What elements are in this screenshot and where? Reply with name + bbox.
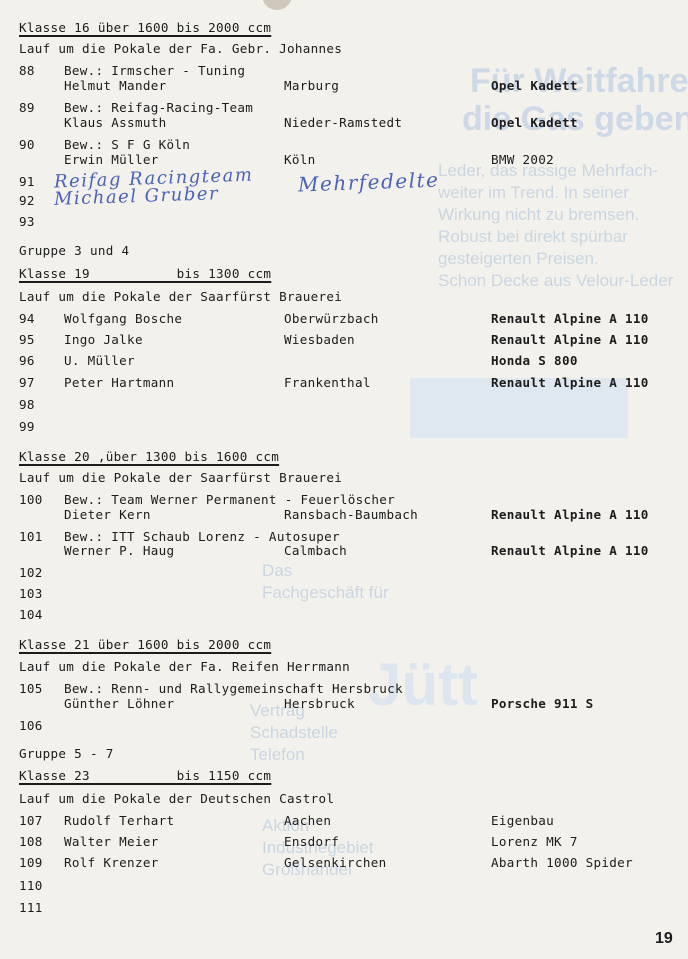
car: Renault Alpine A 110: [491, 311, 649, 326]
start-number: 93: [19, 214, 35, 229]
start-number: 90: [19, 137, 35, 152]
city: Marburg: [284, 78, 339, 93]
punch-hole: [262, 0, 292, 10]
driver: Peter Hartmann: [64, 375, 174, 390]
car: Honda S 800: [491, 353, 578, 368]
start-number: 101: [19, 529, 43, 544]
start-number: 105: [19, 681, 43, 696]
start-number: 104: [19, 607, 43, 622]
bleed-through-text: Leder, das rassige Mehrfach-weiter im Tr…: [438, 160, 673, 292]
cup-sponsor: Lauf um die Pokale der Deutschen Castrol: [19, 791, 334, 806]
class-heading: Klasse 21 über 1600 bis 2000 ccm: [19, 637, 271, 652]
driver: Dieter Kern: [64, 507, 151, 522]
city: Oberwürzbach: [284, 311, 379, 326]
group-heading: Gruppe 3 und 4: [19, 243, 129, 258]
driver: Rudolf Terhart: [64, 813, 174, 828]
start-number: 109: [19, 855, 43, 870]
driver: Werner P. Haug: [64, 543, 174, 558]
driver: Günther Löhner: [64, 696, 174, 711]
city: Köln: [284, 152, 316, 167]
start-number: 99: [19, 419, 35, 434]
city: Wiesbaden: [284, 332, 355, 347]
driver: Walter Meier: [64, 834, 159, 849]
start-number: 110: [19, 878, 43, 893]
driver: U. Müller: [64, 353, 135, 368]
handwritten-city: Mehrfedelte: [298, 168, 440, 197]
start-number: 100: [19, 492, 43, 507]
driver: Helmut Mander: [64, 78, 166, 93]
start-number: 108: [19, 834, 43, 849]
car: Lorenz MK 7: [491, 834, 578, 849]
start-number: 103: [19, 586, 43, 601]
entrant: Bew.: Reifag-Racing-Team: [64, 100, 253, 115]
car: Abarth 1000 Spider: [491, 855, 633, 870]
car: Renault Alpine A 110: [491, 543, 649, 558]
class-heading: Klasse 20 ,über 1300 bis 1600 ccm: [19, 449, 279, 464]
city: Gelsenkirchen: [284, 855, 386, 870]
car: Opel Kadett: [491, 115, 578, 130]
entrant: Bew.: Team Werner Permanent - Feuerlösch…: [64, 492, 395, 507]
start-number: 96: [19, 353, 35, 368]
entrant: Bew.: Renn- und Rallygemeinschaft Hersbr…: [64, 681, 403, 696]
city: Aachen: [284, 813, 331, 828]
driver: Klaus Assmuth: [64, 115, 166, 130]
start-number: 106: [19, 718, 43, 733]
start-number: 95: [19, 332, 35, 347]
cup-sponsor: Lauf um die Pokale der Saarfürst Brauere…: [19, 289, 342, 304]
start-number: 92: [19, 193, 35, 208]
page-number: 19: [655, 930, 673, 948]
entrant: Bew.: Irmscher - Tuning: [64, 63, 245, 78]
entrant: Bew.: ITT Schaub Lorenz - Autosuper: [64, 529, 340, 544]
start-number: 102: [19, 565, 43, 580]
car: Eigenbau: [491, 813, 554, 828]
group-heading: Gruppe 5 - 7: [19, 746, 114, 761]
start-number: 89: [19, 100, 35, 115]
start-number: 111: [19, 900, 43, 915]
car: Porsche 911 S: [491, 696, 593, 711]
entrant: Bew.: S F G Köln: [64, 137, 190, 152]
car: Renault Alpine A 110: [491, 375, 649, 390]
car: Renault Alpine A 110: [491, 332, 649, 347]
driver: Ingo Jalke: [64, 332, 143, 347]
city: Ransbach-Baumbach: [284, 507, 418, 522]
driver: Rolf Krenzer: [64, 855, 159, 870]
start-number: 98: [19, 397, 35, 412]
city: Hersbruck: [284, 696, 355, 711]
handwritten-driver: Michael Gruber: [54, 183, 220, 210]
city: Frankenthal: [284, 375, 371, 390]
start-number: 107: [19, 813, 43, 828]
cup-sponsor: Lauf um die Pokale der Fa. Gebr. Johanne…: [19, 41, 342, 56]
city: Nieder-Ramstedt: [284, 115, 402, 130]
car: Opel Kadett: [491, 78, 578, 93]
car: BMW 2002: [491, 152, 554, 167]
class-heading: Klasse 19 bis 1300 ccm: [19, 266, 271, 281]
start-number: 91: [19, 174, 35, 189]
class-heading: Klasse 16 über 1600 bis 2000 ccm: [19, 20, 271, 35]
city: Calmbach: [284, 543, 347, 558]
car: Renault Alpine A 110: [491, 507, 649, 522]
city: Ensdorf: [284, 834, 339, 849]
driver: Wolfgang Bosche: [64, 311, 182, 326]
start-number: 94: [19, 311, 35, 326]
cup-sponsor: Lauf um die Pokale der Fa. Reifen Herrma…: [19, 659, 350, 674]
start-number: 88: [19, 63, 35, 78]
cup-sponsor: Lauf um die Pokale der Saarfürst Brauere…: [19, 470, 342, 485]
bleed-through-text: DasFachgeschäft für: [262, 560, 389, 604]
class-heading: Klasse 23 bis 1150 ccm: [19, 768, 271, 783]
driver: Erwin Müller: [64, 152, 159, 167]
start-number: 97: [19, 375, 35, 390]
